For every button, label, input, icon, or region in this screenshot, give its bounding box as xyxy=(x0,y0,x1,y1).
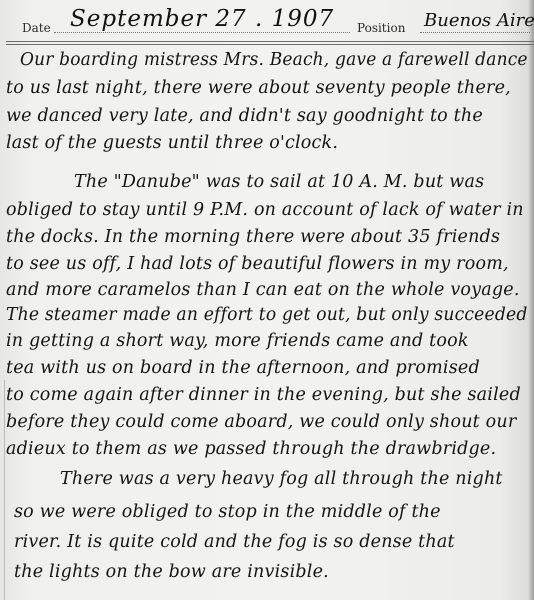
entry-line: The steamer made an effort to get out, b… xyxy=(6,305,527,325)
page-margin-line xyxy=(4,380,5,600)
date-value: September 27 . 1907 xyxy=(70,6,334,32)
entry-line: There was a very heavy fog all through t… xyxy=(60,469,503,489)
position-dotted-line xyxy=(420,32,530,33)
entry-line: and more caramelos than I can eat on the… xyxy=(6,280,520,300)
diary-page: Date September 27 . 1907 Position Buenos… xyxy=(0,0,534,600)
entry-line: so we were obliged to stop in the middle… xyxy=(14,502,441,522)
entry-line: tea with us on board in the afternoon, a… xyxy=(6,358,480,378)
entry-line: before they could come aboard, we could … xyxy=(6,412,516,432)
date-label: Date xyxy=(22,21,51,35)
page-header: Date September 27 . 1907 Position Buenos… xyxy=(0,0,534,44)
entry-line: obliged to stay until 9 P.M. on account … xyxy=(6,200,524,220)
entry-line: The "Danube" was to sail at 10 A. M. but… xyxy=(74,172,484,192)
entry-line: the lights on the bow are invisible. xyxy=(14,562,329,582)
header-rule-bottom xyxy=(6,44,534,45)
date-dotted-line xyxy=(54,32,350,33)
position-value: Buenos Aires xyxy=(424,10,534,31)
entry-line: adieux to them as we passed through the … xyxy=(6,439,496,459)
entry-line: Our boarding mistress Mrs. Beach, gave a… xyxy=(20,50,528,70)
entry-line: we danced very late, and didn't say good… xyxy=(6,106,483,126)
entry-line: to see us off, I had lots of beautiful f… xyxy=(6,254,509,274)
entry-line: in getting a short way, more friends cam… xyxy=(6,331,469,351)
entry-line: to us last night, there were about seven… xyxy=(6,78,511,98)
entry-line: the docks. In the morning there were abo… xyxy=(6,227,500,247)
header-rule-top xyxy=(6,41,534,42)
entry-line: last of the guests until three o'clock. xyxy=(6,133,338,153)
entry-line: to come again after dinner in the evenin… xyxy=(6,385,521,405)
position-label: Position xyxy=(357,21,405,35)
entry-line: river. It is quite cold and the fog is s… xyxy=(14,532,455,552)
